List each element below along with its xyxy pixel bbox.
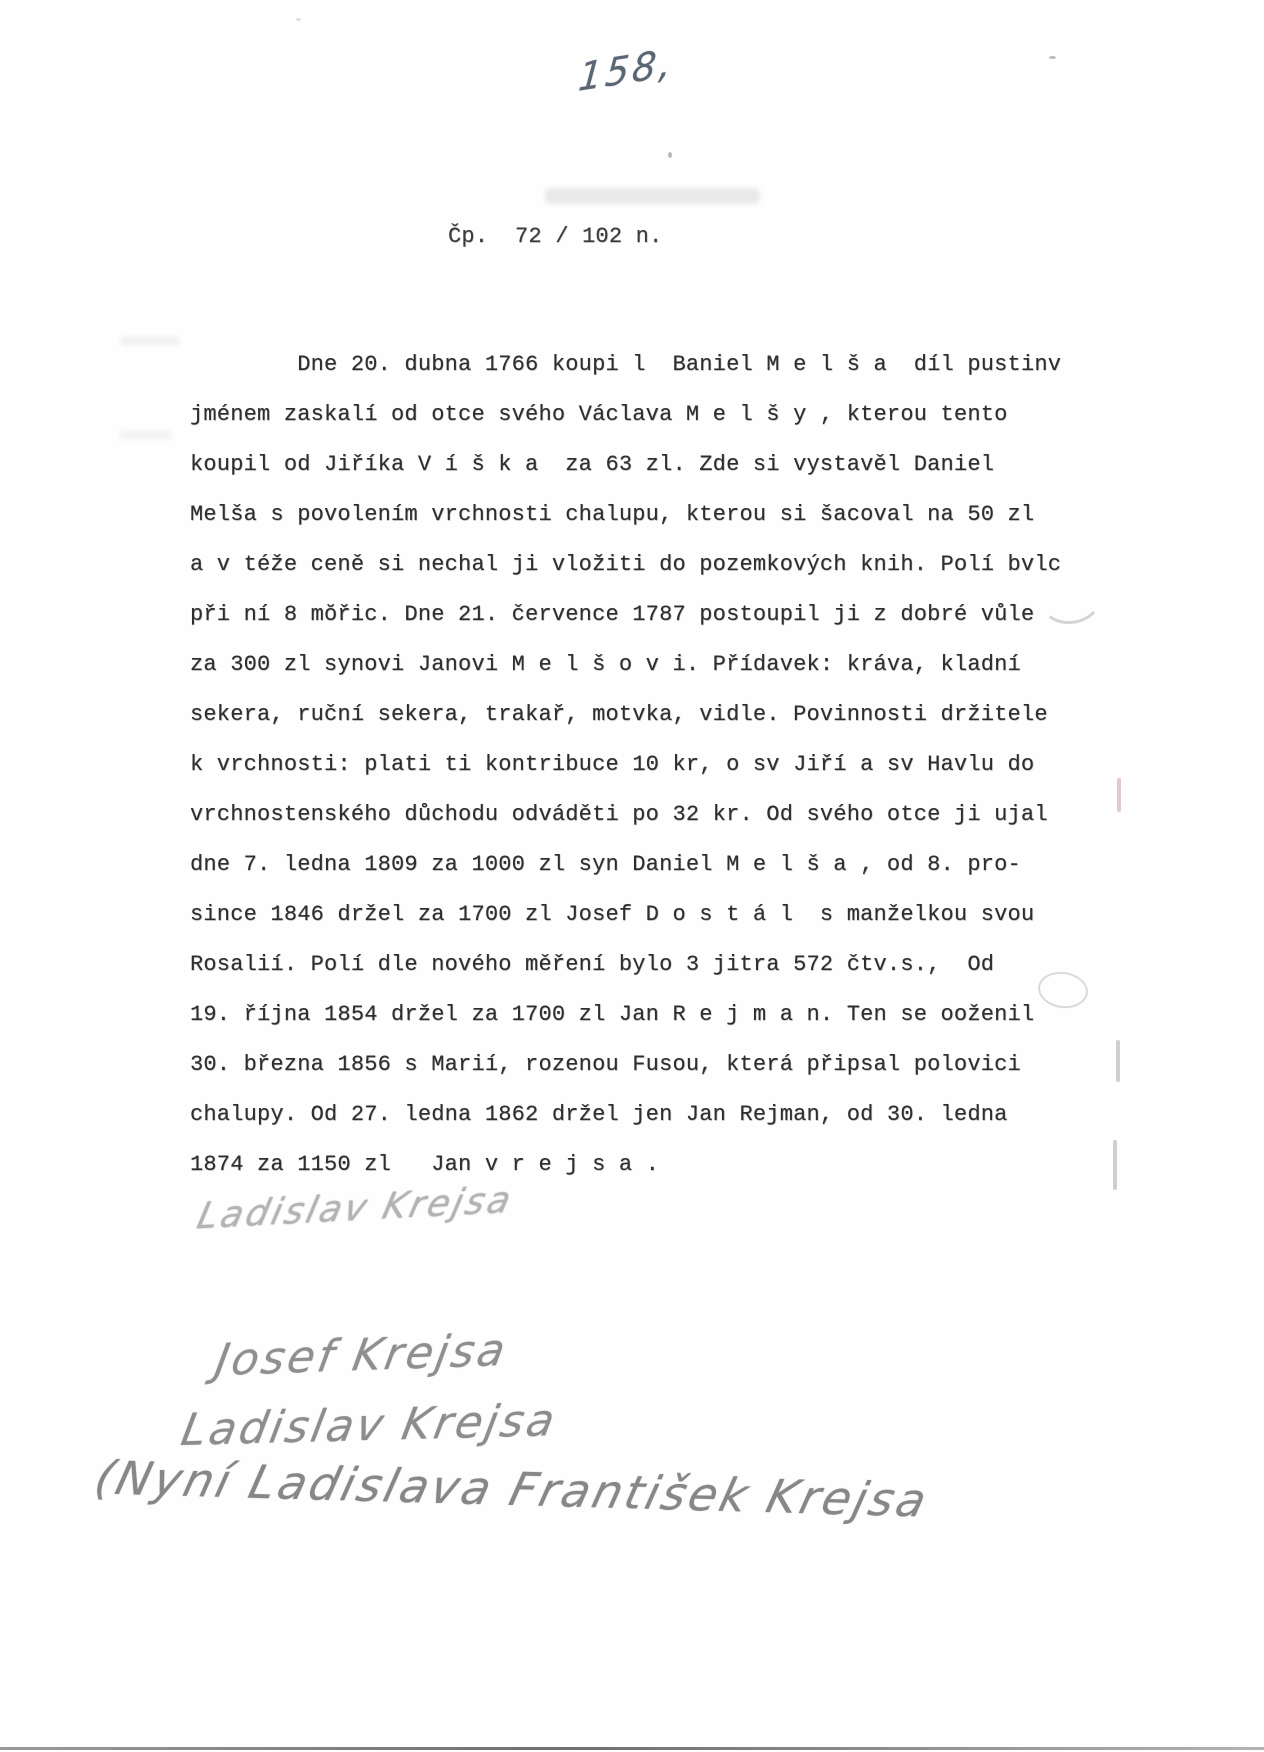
typed-line: Rosalií. Polí dle nového měření bylo 3 j… [190, 952, 994, 977]
typed-line: since 1846 držel za 1700 zl Josef D o s … [190, 902, 1034, 927]
typed-line: a v téže ceně si nechal ji vložiti do po… [190, 552, 1061, 577]
signature-josef-krejsa: Josef Krejsa [212, 1325, 512, 1387]
scan-edge-mark [1113, 1140, 1117, 1190]
typed-line: při ní 8 mŏřic. Dne 21. července 1787 po… [190, 602, 1034, 627]
typed-line: chalupy. Od 27. ledna 1862 držel jen Jan… [190, 1102, 1008, 1127]
signature-note-nyni: (Nyní Ladislava František Krejsa [90, 1451, 935, 1528]
scan-edge-mark [1117, 778, 1121, 812]
typed-line: koupil od Jiříka V í š k a za 63 zl. Zde… [190, 452, 994, 477]
typed-line: 30. března 1856 s Marií, rozenou Fusou, … [190, 1052, 1021, 1077]
typed-line: dne 7. ledna 1809 za 1000 zl syn Daniel … [190, 852, 1021, 877]
scan-bottom-edge [0, 1747, 1264, 1750]
scan-speck [296, 18, 301, 21]
signature-faint: Ladislav Krejsa [193, 1179, 517, 1237]
scan-speck [668, 152, 672, 158]
typed-line: k vrchnosti: plati ti kontribuce 10 kr, … [190, 752, 1034, 777]
scan-smudge [120, 336, 180, 346]
typed-line: Melša s povolením vrchnosti chalupu, kte… [190, 502, 1034, 527]
typed-line: vrchnostenského důchodu odváděti po 32 k… [190, 802, 1048, 827]
signature-ladislav-krejsa: Ladislav Krejsa [177, 1395, 561, 1456]
typed-line: za 300 zl synovi Janovi M e l š o v i. P… [190, 652, 1021, 677]
typed-line: sekera, ruční sekera, trakař, motvka, vi… [190, 702, 1048, 727]
typed-line: 19. října 1854 držel za 1700 zl Jan R e … [190, 1002, 1034, 1027]
document-heading: Čp. 72 / 102 n. [448, 224, 662, 249]
scan-smudge [118, 430, 173, 440]
scanned-document-page: 158, Čp. 72 / 102 n. Dne 20. dubna 1766 … [0, 0, 1264, 1752]
typed-line: jménem zaskalí od otce svého Václava M e… [190, 402, 1008, 427]
scan-smudge [545, 188, 760, 204]
handwritten-archive-number: 158, [577, 40, 676, 100]
scan-edge-mark [1116, 1040, 1120, 1082]
typed-line: Dne 20. dubna 1766 koupi l Baniel M e l … [190, 352, 1061, 377]
typed-line: 1874 za 1150 zl Jan v r e j s a . [190, 1152, 659, 1177]
paper-crease-mark [1036, 969, 1091, 1012]
scan-speck [1049, 56, 1056, 59]
